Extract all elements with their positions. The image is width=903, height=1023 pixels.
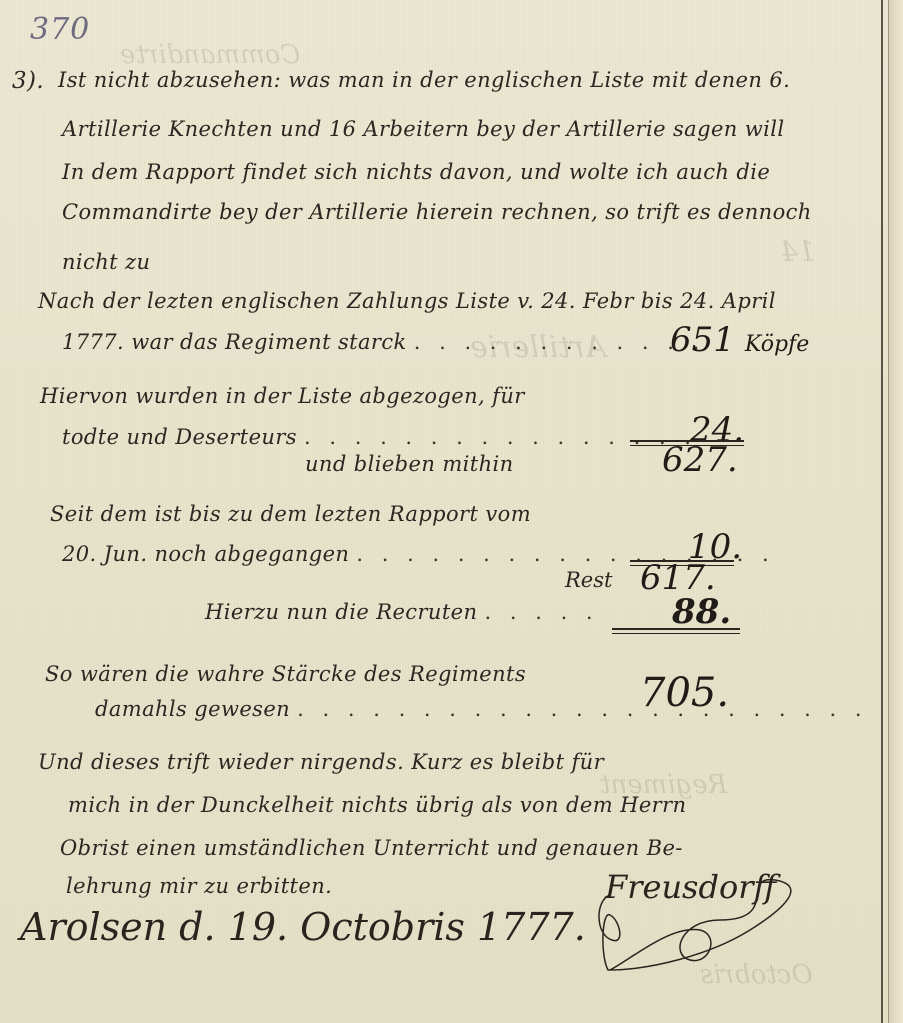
ledger-line: und blieben mithin [305,452,514,476]
margin-rule [881,0,883,1023]
paragraph-2-line: Obrist einen umständlichen Unterricht un… [60,836,683,860]
paragraph-2-line: lehrung mir zu erbitten. [66,874,332,898]
paragraph-2-line: Und dieses trift wieder nirgends. Kurz e… [38,750,604,774]
paragraph-1-line: Ist nicht abzusehen: was man in der engl… [58,68,790,92]
section-marker: 3). [12,68,44,94]
place-date-line: Arolsen d. 19. Octobris 1777. [20,905,586,949]
ledger-line: 1777. war das Regiment starck . . . . . … [62,330,705,354]
ledger-text: 20. Jun. noch abgegangen [62,542,349,566]
paragraph-2-line: mich in der Dunckelheit nichts übrig als… [68,793,686,817]
paragraph-1-line: In dem Rapport findet sich nichts davon,… [62,160,770,184]
ledger-line: So wären die wahre Stärcke des Regiments [45,662,526,686]
leader-dots: . . . . . . . . . . . . [414,330,706,354]
ledger-line: Hierzu nun die Recruten . . . . . [205,600,599,624]
bleed-through-text: Commandirte [120,40,300,70]
ledger-line: Nach der lezten englischen Zahlungs List… [38,289,776,313]
rest-label: Rest [565,568,612,592]
leader-dots: . . . . . . . . . . . . . . . . . . . . … [297,697,867,721]
paragraph-1-line: Artillerie Knechten und 16 Arbeitern bey… [62,117,785,141]
ledger-number: 651 [670,320,735,360]
sum-rule [612,633,740,634]
ledger-text: 1777. war das Regiment starck [62,330,407,354]
folio-number: 370 [30,12,90,47]
signature: Freusdorff [605,868,776,906]
document-page: Commandirte Artillerie 14 Regiment Octob… [0,0,903,1023]
sum-rule [612,628,740,630]
ledger-value-remaining: 627. [662,440,738,480]
ledger-line: Seit dem ist bis zu dem lezten Rapport v… [50,502,531,526]
ledger-text: Hierzu nun die Recruten [205,600,477,624]
paragraph-1-line: Commandirte bey der Artillerie hierein r… [62,200,812,224]
ledger-line: damahls gewesen . . . . . . . . . . . . … [95,697,868,721]
ledger-value-total-strength: 651Köpfe [670,320,809,360]
bleed-through-text: 14 [780,235,816,268]
ledger-value-true-strength: 705. [640,670,729,716]
ledger-text: todte und Deserteurs [62,425,297,449]
ledger-text: damahls gewesen [95,697,290,721]
leader-dots: . . . . . [485,600,599,624]
ledger-unit: Köpfe [745,332,809,357]
paragraph-1-line: nicht zu [62,250,150,274]
ledger-line: todte und Deserteurs . . . . . . . . . .… [62,425,697,449]
page-edge [889,0,903,1023]
ledger-line: Hiervon wurden in der Liste abgezogen, f… [40,384,525,408]
ledger-value-recruits: 88. [672,592,731,632]
